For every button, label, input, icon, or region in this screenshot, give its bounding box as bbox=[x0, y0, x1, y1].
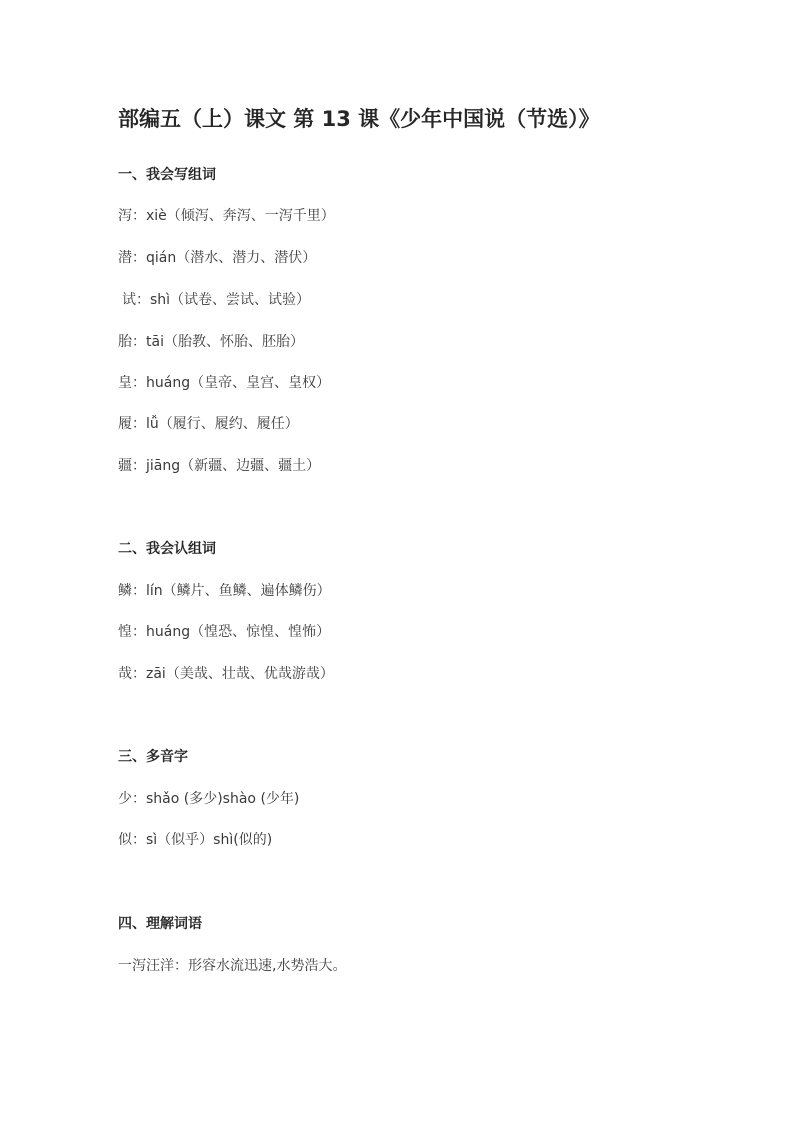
polyphone-entry-shao: 少：shǎo (多少)shào (少年) bbox=[118, 788, 299, 808]
section-heading-polyphones: 三、多音字 bbox=[118, 746, 188, 766]
word-entry-zai: 哉：zāi（美哉、壮哉、优哉游哉） bbox=[118, 663, 334, 683]
document-title: 部编五（上）课文 第 13 课《少年中国说（节选）》 bbox=[118, 103, 600, 133]
definition-entry: 一泻汪洋：形容水流迅速,水势浩大。 bbox=[118, 955, 346, 975]
section-heading-understand-words: 四、理解词语 bbox=[118, 913, 202, 933]
document-page: 部编五（上）课文 第 13 课《少年中国说（节选）》 一、我会写组词 泻：xiè… bbox=[0, 0, 793, 1122]
word-entry-shi: 试：shì（试卷、尝试、试验） bbox=[122, 289, 310, 309]
word-entry-lin: 鳞：lín（鳞片、鱼鳞、遍体鳞伤） bbox=[118, 580, 331, 600]
word-entry-jiang: 疆：jiāng（新疆、边疆、疆土） bbox=[118, 455, 320, 475]
word-entry-xie: 泻：xiè（倾泻、奔泻、一泻千里） bbox=[118, 205, 335, 225]
word-entry-lv: 履：lǚ（履行、履约、履任） bbox=[118, 413, 299, 433]
section-heading-write-words: 一、我会写组词 bbox=[118, 164, 216, 184]
word-entry-qian: 潜：qián（潜水、潜力、潜伏） bbox=[118, 247, 316, 267]
word-entry-huang: 皇：huáng（皇帝、皇宫、皇权） bbox=[118, 372, 330, 392]
section-heading-recognize-words: 二、我会认组词 bbox=[118, 538, 216, 558]
polyphone-entry-si: 似：sì（似乎）shì(似的) bbox=[118, 829, 272, 849]
word-entry-huang-2: 惶：huáng（惶恐、惊惶、惶怖） bbox=[118, 621, 330, 641]
word-entry-tai: 胎：tāi（胎教、怀胎、胚胎） bbox=[118, 331, 304, 351]
